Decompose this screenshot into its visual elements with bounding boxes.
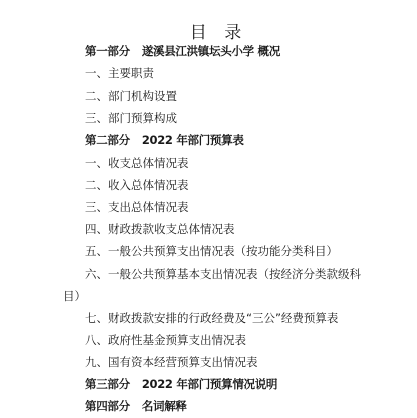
part-heading: 2022 年部门预算表 (142, 133, 244, 147)
toc-item[interactable]: 四、财政拨款收支总体情况表 (85, 222, 235, 236)
toc-item[interactable]: 八、政府性基金预算支出情况表 (85, 333, 246, 347)
toc-item-continuation[interactable]: 目） (63, 289, 86, 303)
toc-part-1[interactable]: 第一部分遂溪县江洪镇坛头小学 概况 (85, 44, 280, 58)
part-label: 第一部分 (85, 44, 130, 58)
toc-item[interactable]: 五、一般公共预算支出情况表（按功能分类科目） (85, 244, 338, 258)
toc-item[interactable]: 九、国有资本经营预算支出情况表 (85, 355, 258, 369)
toc-item[interactable]: 三、部门预算构成 (85, 111, 177, 125)
toc-item[interactable]: 二、收入总体情况表 (85, 178, 189, 192)
toc-item[interactable]: 一、收支总体情况表 (85, 156, 189, 170)
part-label: 第四部分 (85, 399, 130, 413)
toc-item[interactable]: 六、一般公共预算基本支出情况表（按经济分类款级科 (85, 267, 361, 281)
toc-item[interactable]: 七、财政拨款安排的行政经费及“三公”经费预算表 (85, 311, 338, 325)
toc-title: 目 录 (0, 18, 417, 43)
toc-item[interactable]: 二、部门机构设置 (85, 89, 177, 103)
part-heading: 2022 年部门预算情况说明 (142, 377, 277, 391)
toc-item[interactable]: 一、主要职责 (85, 66, 154, 80)
toc-part-4[interactable]: 第四部分名词解释 (85, 399, 187, 413)
document-page: 目 录 第一部分遂溪县江洪镇坛头小学 概况 一、主要职责 二、部门机构设置 三、… (0, 0, 417, 418)
part-label: 第三部分 (85, 377, 130, 391)
part-heading: 遂溪县江洪镇坛头小学 概况 (142, 44, 280, 58)
toc-item[interactable]: 三、支出总体情况表 (85, 200, 189, 214)
toc-part-3[interactable]: 第三部分2022 年部门预算情况说明 (85, 377, 277, 391)
part-heading: 名词解释 (142, 399, 187, 413)
part-label: 第二部分 (85, 133, 130, 147)
toc-part-2[interactable]: 第二部分2022 年部门预算表 (85, 133, 244, 147)
